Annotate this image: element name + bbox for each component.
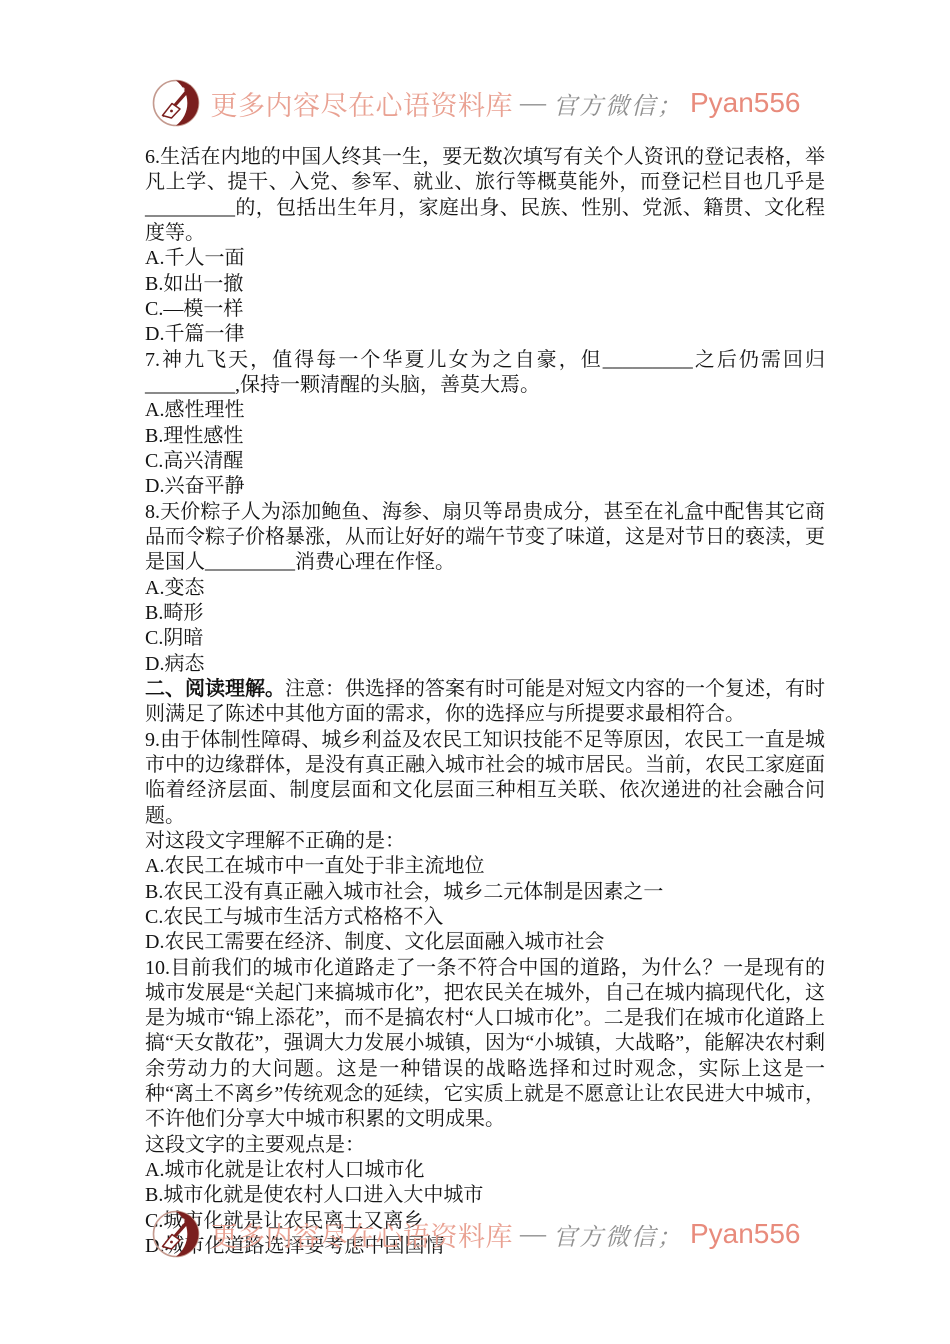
brand-separator-dash: — xyxy=(520,88,546,118)
question-8-option-b: B.畸形 xyxy=(145,601,825,626)
exam-content: 6.生活在内地的中国人终其一生，要无数次填写有关个人资讯的登记表格，举凡上学、提… xyxy=(145,145,825,1259)
wechat-id: Pyan556 xyxy=(690,87,801,119)
question-9-text: 9.由于体制性障碍、城乡利益及农民工知识技能不足等原因，农民工一直是城市中的边缘… xyxy=(145,728,825,829)
question-9-option-d: D.农民工需要在经济、制度、文化层面融入城市社会 xyxy=(145,930,825,955)
question-10-text: 10.目前我们的城市化道路走了一条不符合中国的道路，为什么？一是现有的城市发展是… xyxy=(145,956,825,1133)
brand-separator-dash: — xyxy=(520,1219,546,1249)
question-6-option-d: D.千篇一律 xyxy=(145,322,825,347)
wechat-label: 官方微信； xyxy=(553,86,683,121)
footer-brand: 更多内容尽在心语资料库—官方微信；Pyan556 xyxy=(0,1207,950,1261)
question-7-option-a: A.感性理性 xyxy=(145,398,825,423)
section-reading-comprehension-header: 二、阅读理解。注意：供选择的答案有时可能是对短文内容的一个复述，有时则满足了陈述… xyxy=(145,677,825,728)
question-9-option-a: A.农民工在城市中一直处于非主流地位 xyxy=(145,854,825,879)
question-6-text: 6.生活在内地的中国人终其一生，要无数次填写有关个人资讯的登记表格，举凡上学、提… xyxy=(145,145,825,246)
question-8-text: 8.天价粽子人为添加鲍鱼、海参、扇贝等昂贵成分，甚至在礼盒中配售其它商品而令粽子… xyxy=(145,500,825,576)
question-9-option-b: B.农民工没有真正融入城市社会，城乡二元体制是因素之一 xyxy=(145,880,825,905)
question-9-option-c: C.农民工与城市生活方式格格不入 xyxy=(145,905,825,930)
question-7-option-d: D.兴奋平静 xyxy=(145,474,825,499)
header-brand: 更多内容尽在心语资料库—官方微信；Pyan556 xyxy=(0,0,950,130)
brand-text: 更多内容尽在心语资料库 xyxy=(210,84,513,123)
question-6-option-b: B.如出一撤 xyxy=(145,272,825,297)
question-8-option-d: D.病态 xyxy=(145,652,825,677)
question-8-option-a: A.变态 xyxy=(145,576,825,601)
question-6-option-c: C.—模一样 xyxy=(145,297,825,322)
wechat-label: 官方微信； xyxy=(553,1217,683,1252)
question-8-option-c: C.阴暗 xyxy=(145,626,825,651)
question-7-text: 7.神九飞天，值得每一个华夏儿女为之自豪，但_________之后仍需回归___… xyxy=(145,348,825,399)
question-6-option-a: A.千人一面 xyxy=(145,246,825,271)
question-10-option-b: B.城市化就是使农村人口进入大中城市 xyxy=(145,1183,825,1208)
pen-nib-logo-icon xyxy=(149,76,203,130)
brand-text: 更多内容尽在心语资料库 xyxy=(210,1215,513,1254)
wechat-id: Pyan556 xyxy=(690,1218,801,1250)
question-10-prompt: 这段文字的主要观点是： xyxy=(145,1133,825,1158)
pen-nib-logo-icon xyxy=(149,1207,203,1261)
section-title: 二、阅读理解。 xyxy=(145,678,285,700)
question-7-option-c: C.高兴清醒 xyxy=(145,449,825,474)
question-9-prompt: 对这段文字理解不正确的是： xyxy=(145,829,825,854)
question-10-option-a: A.城市化就是让农村人口城市化 xyxy=(145,1158,825,1183)
document-page: 更多内容尽在心语资料库—官方微信；Pyan556 6.生活在内地的中国人终其一生… xyxy=(0,0,950,1344)
question-7-option-b: B.理性感性 xyxy=(145,424,825,449)
